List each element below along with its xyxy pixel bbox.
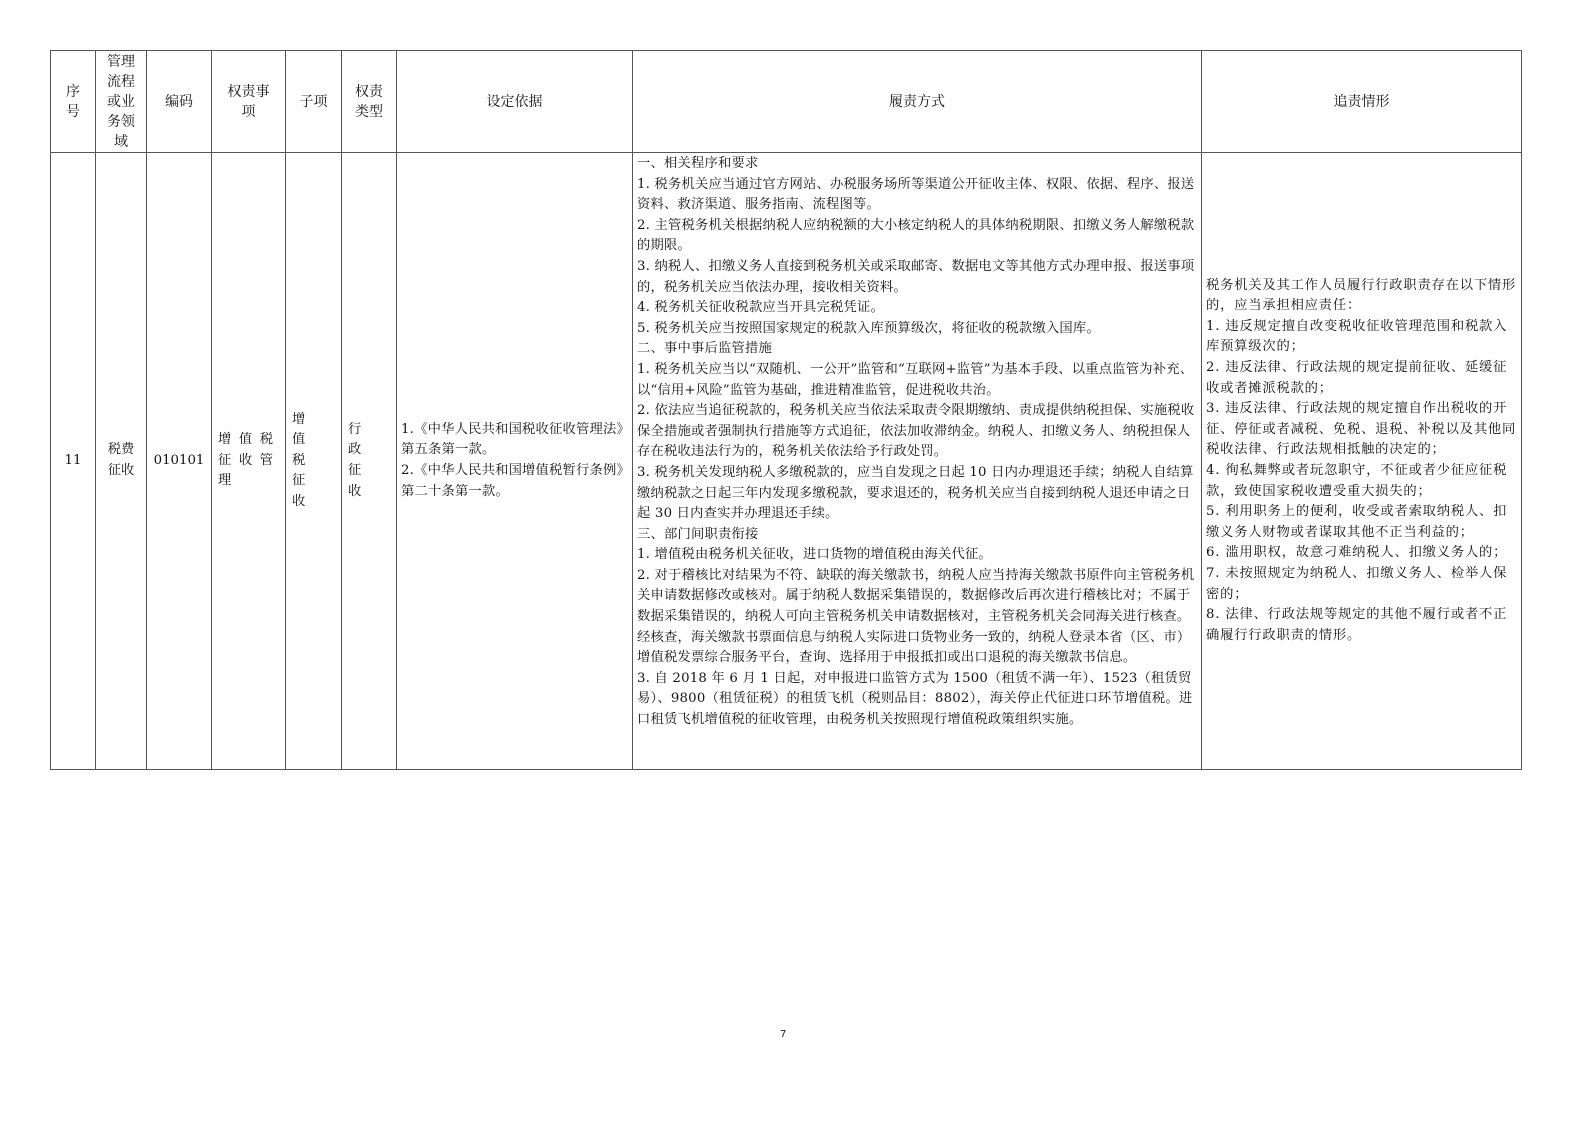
method-line: 3. 自 2018 年 6 月 1 日起，对申报进口监管方式为 1500（租赁不… bbox=[637, 669, 1197, 731]
accountability-intro: 税务机关及其工作人员履行行政职责存在以下情形的，应当承担相应责任： bbox=[1206, 276, 1517, 317]
method-line: 1. 增值税由税务机关征收，进口货物的增值税由海关代征。 bbox=[637, 545, 1197, 566]
header-method: 履责方式 bbox=[633, 51, 1202, 153]
cell-type: 行政征收 bbox=[342, 153, 397, 770]
header-code: 编码 bbox=[147, 51, 212, 153]
accountability-line: 3. 违反法律、行政法规的规定擅自作出税收的开征、停征或者减税、免税、退税、补税… bbox=[1206, 399, 1517, 461]
accountability-line: 5. 利用职务上的便利，收受或者索取纳税人、扣缴义务人财物或者谋取其他不正当利益… bbox=[1206, 502, 1517, 543]
accountability-line: 6. 滥用职权，故意刁难纳税人、扣缴义务人的； bbox=[1206, 543, 1517, 564]
method-line: 2. 主管税务机关根据纳税人应纳税额的大小核定纳税人的具体纳税期限、扣缴义务人解… bbox=[637, 216, 1197, 257]
cell-basis: 1.《中华人民共和国税收征收管理法》第五条第一款。 2.《中华人民共和国增值税暂… bbox=[397, 153, 633, 770]
cell-item: 增值税征收管理 bbox=[212, 153, 286, 770]
method-line: 3. 纳税人、扣缴义务人直接到税务机关或采取邮寄、数据电文等其他方式办理申报、报… bbox=[637, 257, 1197, 298]
header-item: 权责事项 bbox=[212, 51, 286, 153]
cell-domain: 税费征收 bbox=[96, 153, 147, 770]
method-line: 3. 税务机关发现纳税人多缴税款的，应当自发现之日起 10 日内办理退还手续；纳… bbox=[637, 463, 1197, 525]
method-line: 1. 税务机关应当通过官方网站、办税服务场所等渠道公开征收主体、权限、依据、程序… bbox=[637, 175, 1197, 216]
method-heading: 一、相关程序和要求 bbox=[637, 154, 1197, 175]
accountability-line: 8. 法律、行政法规等规定的其他不履行或者不正确履行行政职责的情形。 bbox=[1206, 605, 1517, 646]
cell-method: 一、相关程序和要求 1. 税务机关应当通过官方网站、办税服务场所等渠道公开征收主… bbox=[633, 153, 1202, 770]
accountability-line: 2. 违反法律、行政法规的规定提前征收、延缓征收或者摊派税款的； bbox=[1206, 358, 1517, 399]
accountability-line: 4. 徇私舞弊或者玩忽职守，不征或者少征应征税款，致使国家税收遭受重大损失的； bbox=[1206, 461, 1517, 502]
basis-line: 1.《中华人民共和国税收征收管理法》第五条第一款。 bbox=[401, 420, 628, 461]
basis-line: 2.《中华人民共和国增值税暂行条例》第二十条第一款。 bbox=[401, 461, 628, 502]
header-basis: 设定依据 bbox=[397, 51, 633, 153]
cell-subitem: 增值税征收 bbox=[286, 153, 342, 770]
method-heading: 三、部门间职责衔接 bbox=[637, 525, 1197, 546]
method-line: 2. 依法应当追征税款的，税务机关应当依法采取责令限期缴纳、责成提供纳税担保、实… bbox=[637, 401, 1197, 463]
header-seq: 序号 bbox=[51, 51, 96, 153]
method-line: 5. 税务机关应当按照国家规定的税款入库预算级次，将征收的税款缴入国库。 bbox=[637, 319, 1197, 340]
page-number: 7 bbox=[780, 1029, 786, 1040]
header-subitem: 子项 bbox=[286, 51, 342, 153]
cell-accountability: 税务机关及其工作人员履行行政职责存在以下情形的，应当承担相应责任： 1. 违反规… bbox=[1202, 153, 1522, 770]
table-row: 11 税费征收 010101 增值税征收管理 增值税征收 行政征收 1.《中华人… bbox=[51, 153, 1522, 770]
method-heading: 二、事中事后监管措施 bbox=[637, 339, 1197, 360]
header-domain: 管理流程或业务领域 bbox=[96, 51, 147, 153]
table-header-row: 序号 管理流程或业务领域 编码 权责事项 子项 权责类型 设定依据 履责方式 追… bbox=[51, 51, 1522, 153]
cell-code: 010101 bbox=[147, 153, 212, 770]
method-line: 1. 税务机关应当以“双随机、一公开”监管和“互联网+监管”为基本手段、以重点监… bbox=[637, 360, 1197, 401]
accountability-line: 7. 未按照规定为纳税人、扣缴义务人、检举人保密的； bbox=[1206, 564, 1517, 605]
accountability-line: 1. 违反规定擅自改变税收征收管理范围和税款入库预算级次的； bbox=[1206, 317, 1517, 358]
method-line: 2. 对于稽核比对结果为不符、缺联的海关缴款书，纳税人应当持海关缴款书原件向主管… bbox=[637, 566, 1197, 669]
cell-seq: 11 bbox=[51, 153, 96, 770]
header-accountability: 追责情形 bbox=[1202, 51, 1522, 153]
method-line: 4. 税务机关征收税款应当开具完税凭证。 bbox=[637, 298, 1197, 319]
header-type: 权责类型 bbox=[342, 51, 397, 153]
responsibility-table: 序号 管理流程或业务领域 编码 权责事项 子项 权责类型 设定依据 履责方式 追… bbox=[50, 50, 1522, 770]
